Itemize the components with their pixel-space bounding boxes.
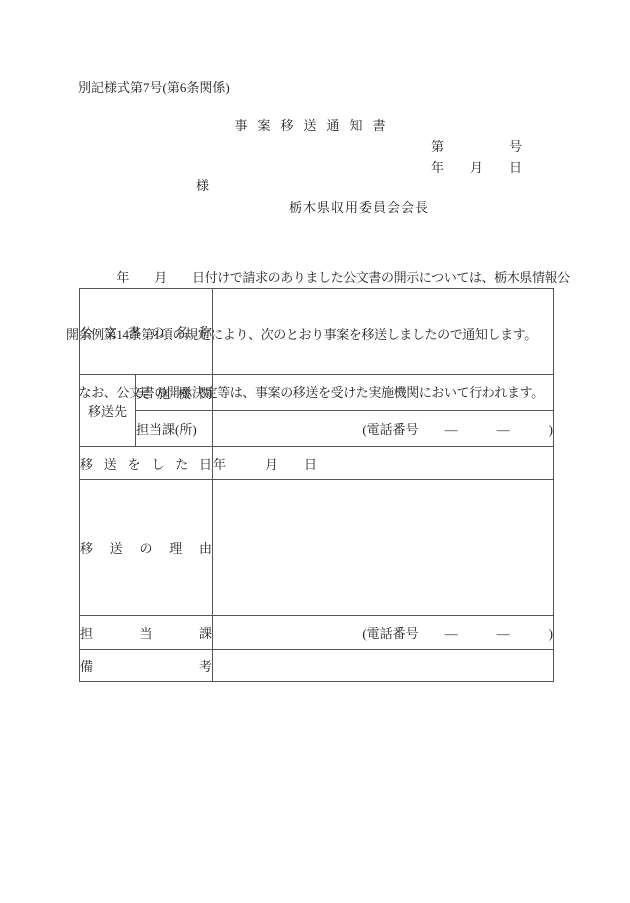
field-implementing-agency [213, 375, 554, 411]
field-transfer-date: 年 月 日 [213, 447, 554, 480]
field-remarks [213, 650, 554, 682]
table-row: 公文書の名称 [80, 289, 554, 375]
label-responsible-division: 担当課 [80, 616, 213, 650]
addressee-honorific: 様 [196, 178, 209, 193]
field-document-name [213, 289, 554, 375]
label-transfer-date: 移送をした日 [80, 447, 213, 480]
form-table: 公文書の名称 移送先 実施機関 担当課(所) (電話番号 ― ― ) 移送をした… [79, 288, 554, 682]
label-transfer-reason: 移送の理由 [80, 480, 213, 616]
label-charge-section: 担当課(所) [136, 411, 213, 447]
field-charge-section-phone: (電話番号 ― ― ) [213, 411, 554, 447]
label-transfer-destination: 移送先 [80, 375, 136, 447]
body-line-1: 年 月 日付けで請求のありました公文書の開示については、栃木県情報公 [66, 268, 570, 287]
table-row: 移送先 実施機関 [80, 375, 554, 411]
label-remarks: 備考 [80, 650, 213, 682]
field-responsible-division-phone: (電話番号 ― ― ) [213, 616, 554, 650]
sender-line: 栃木県収用委員会会長 [289, 200, 429, 215]
document-number-line: 第 号 [431, 139, 522, 154]
table-row: 担当課(所) (電話番号 ― ― ) [80, 411, 554, 447]
table-row: 担当課 (電話番号 ― ― ) [80, 616, 554, 650]
document-date-line: 年 月 日 [431, 160, 522, 175]
document-page: 別記様式第7号(第6条関係) 事案移送通知書 第 号 年 月 日 様 栃木県収用… [0, 0, 630, 903]
field-transfer-reason [213, 480, 554, 616]
label-implementing-agency: 実施機関 [136, 375, 213, 411]
table-row: 移送の理由 [80, 480, 554, 616]
label-document-name: 公文書の名称 [80, 289, 213, 375]
form-reference: 別記様式第7号(第6条関係) [78, 80, 230, 95]
document-title: 事案移送通知書 [0, 118, 630, 133]
table-row: 備考 [80, 650, 554, 682]
table-row: 移送をした日 年 月 日 [80, 447, 554, 480]
